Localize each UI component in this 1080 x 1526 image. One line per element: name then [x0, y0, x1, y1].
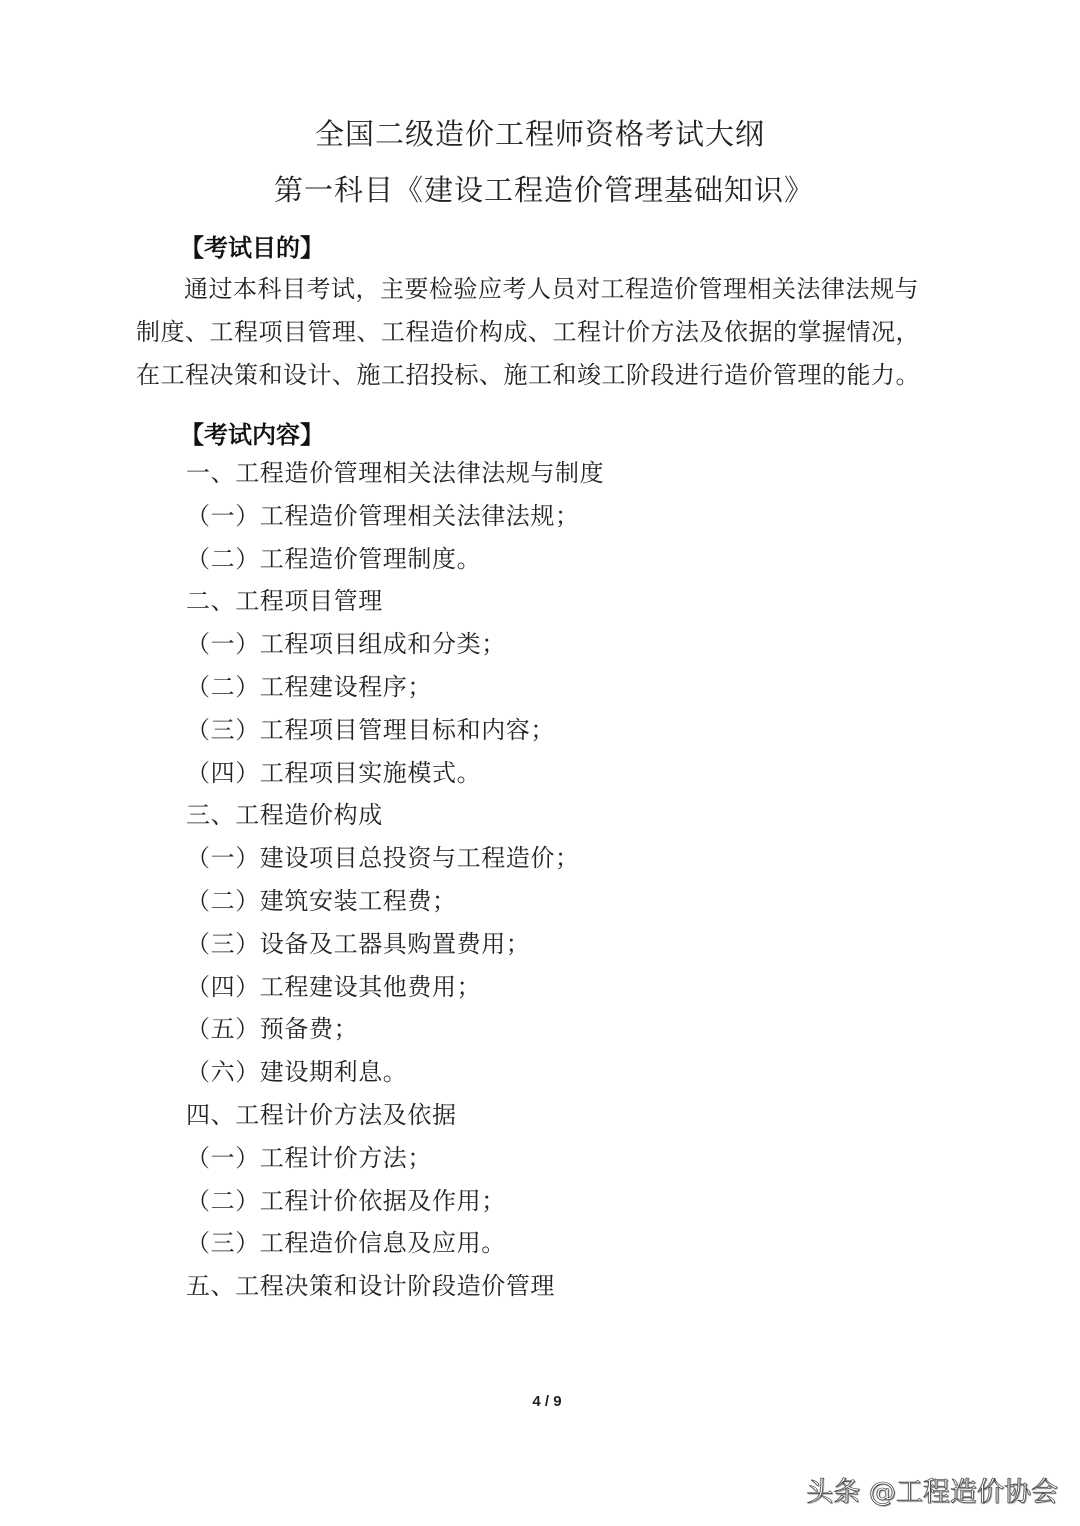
purpose-line: 通过本科目考试，主要检验应考人员对工程造价管理相关法律法规与 — [136, 268, 956, 311]
content-outline: 一、工程造价管理相关法律法规与制度 （一）工程造价管理相关法律法规； （二）工程… — [186, 452, 604, 1308]
outline-item: （三）工程造价信息及应用。 — [186, 1222, 604, 1265]
outline-item: （一）建设项目总投资与工程造价； — [186, 837, 604, 880]
outline-item: （一）工程造价管理相关法律法规； — [186, 495, 604, 538]
outline-item: （四）工程建设其他费用； — [186, 966, 604, 1009]
outline-item: （三）工程项目管理目标和内容； — [186, 709, 604, 752]
outline-item: （一）工程项目组成和分类； — [186, 623, 604, 666]
page-number: 4 / 9 — [0, 1393, 1080, 1410]
outline-section: 三、工程造价构成 — [186, 794, 604, 837]
outline-section: 四、工程计价方法及依据 — [186, 1094, 604, 1137]
outline-item: （二）工程造价管理制度。 — [186, 538, 604, 581]
document-page: 全国二级造价工程师资格考试大纲 第一科目《建设工程造价管理基础知识》 【考试目的… — [0, 0, 1080, 1526]
outline-section: 一、工程造价管理相关法律法规与制度 — [186, 452, 604, 495]
outline-item: （六）建设期利息。 — [186, 1051, 604, 1094]
purpose-line: 在工程决策和设计、施工招投标、施工和竣工阶段进行造价管理的能力。 — [136, 354, 956, 397]
document-subtitle: 第一科目《建设工程造价管理基础知识》 — [4, 168, 1080, 209]
outline-item: （一）工程计价方法； — [186, 1137, 604, 1180]
purpose-line: 制度、工程项目管理、工程造价构成、工程计价方法及依据的掌握情况， — [136, 311, 956, 354]
section-heading-content: 【考试内容】 — [180, 415, 324, 450]
outline-item: （二）工程建设程序； — [186, 666, 604, 709]
outline-item: （四）工程项目实施模式。 — [186, 752, 604, 795]
outline-item: （三）设备及工器具购置费用； — [186, 923, 604, 966]
outline-item: （二）建筑安装工程费； — [186, 880, 604, 923]
outline-section: 五、工程决策和设计阶段造价管理 — [186, 1265, 604, 1308]
outline-section: 二、工程项目管理 — [186, 580, 604, 623]
section-heading-purpose: 【考试目的】 — [180, 228, 324, 263]
outline-item: （二）工程计价依据及作用； — [186, 1180, 604, 1223]
watermark: 头条 @工程造价协会 — [806, 1470, 1058, 1509]
purpose-paragraph: 通过本科目考试，主要检验应考人员对工程造价管理相关法律法规与 制度、工程项目管理… — [136, 268, 956, 397]
document-title: 全国二级造价工程师资格考试大纲 — [0, 112, 1080, 153]
outline-item: （五）预备费； — [186, 1008, 604, 1051]
